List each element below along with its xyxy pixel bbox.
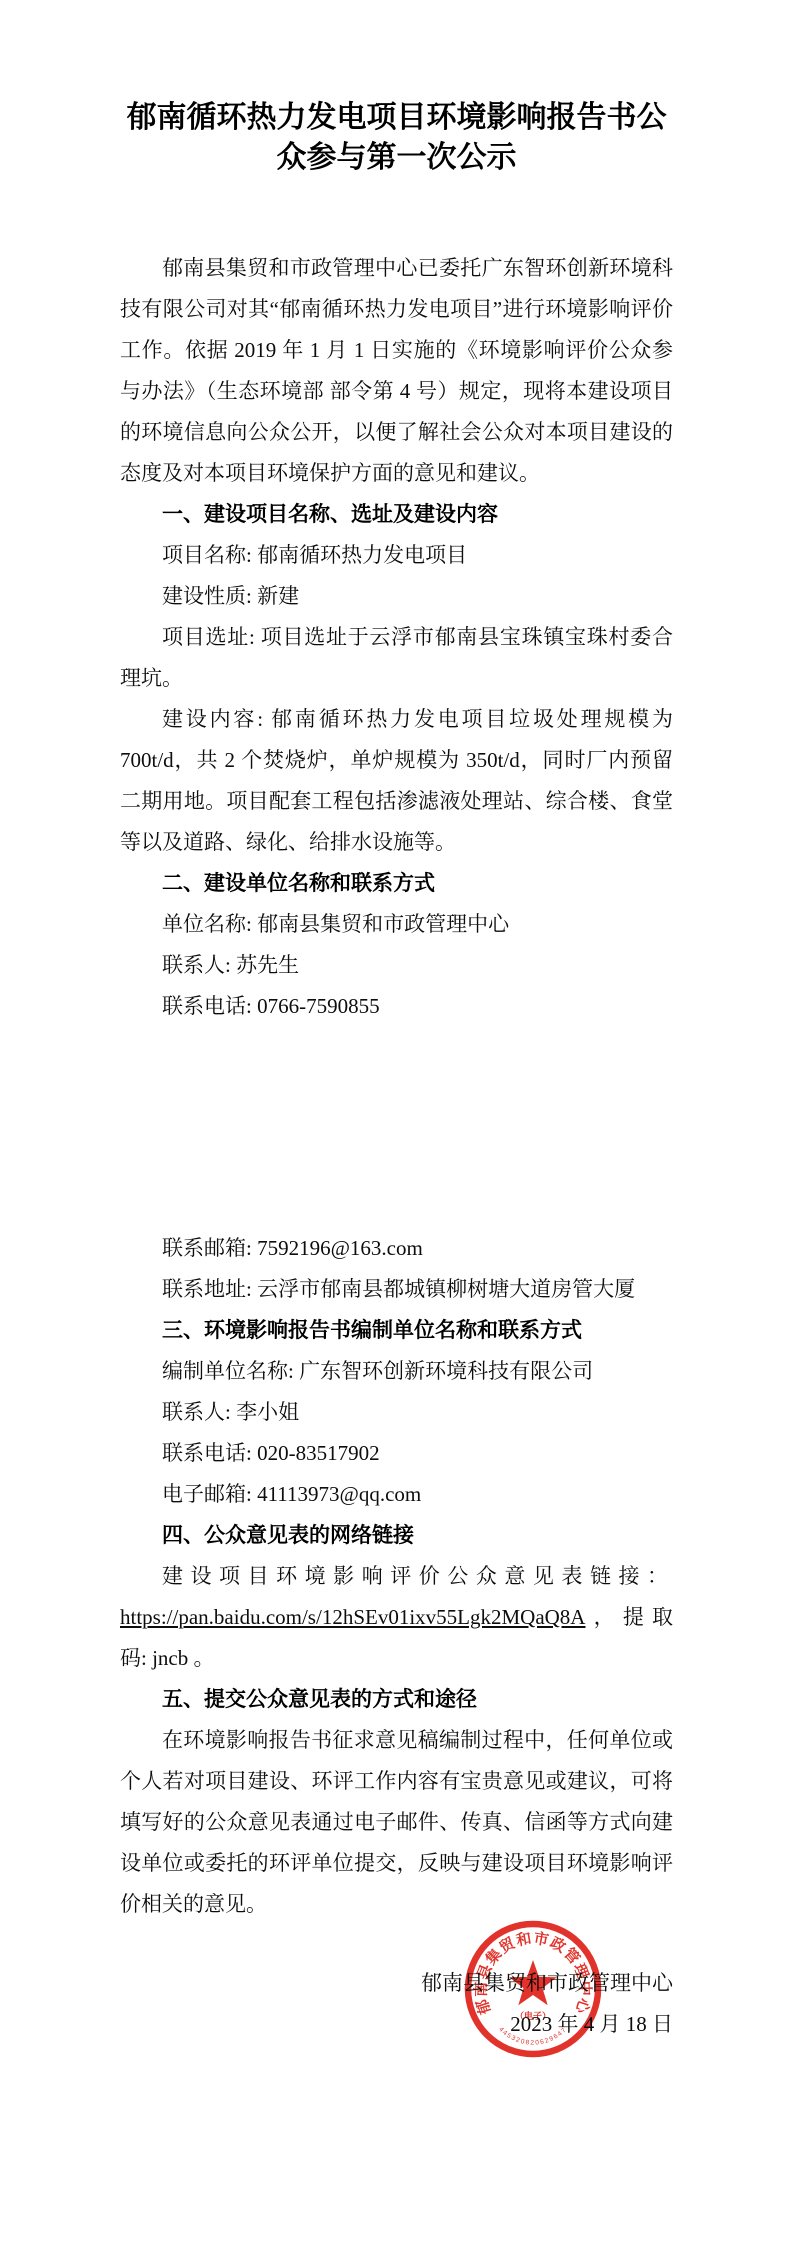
eia-contact-person-line: 联系人: 李小姐: [120, 1392, 673, 1433]
owner-phone-line: 联系电话: 0766-7590855: [120, 986, 673, 1027]
construction-nature-line: 建设性质: 新建: [120, 576, 673, 617]
opinion-form-link[interactable]: https://pan.baidu.com/s/12hSEv01ixv55Lgk…: [120, 1605, 585, 1629]
section-4-heading: 四、公众意见表的网络链接: [120, 1515, 673, 1556]
document-title: 郁南循环热力发电项目环境影响报告书公众参与第一次公示: [120, 98, 673, 178]
page-break-gap: [120, 1027, 673, 1228]
signature-date: 2023 年 4 月 18 日: [120, 2004, 673, 2045]
project-site-line: 项目选址: 项目选址于云浮市郁南县宝珠镇宝珠村委合理坑。: [120, 617, 673, 699]
owner-unit-name-line: 单位名称: 郁南县集贸和市政管理中心: [120, 904, 673, 945]
owner-address-line: 联系地址: 云浮市郁南县都城镇柳树塘大道房管大厦: [120, 1269, 673, 1310]
eia-unit-name-line: 编制单位名称: 广东智环创新环境科技有限公司: [120, 1351, 673, 1392]
link-suffix: ，提: [585, 1605, 652, 1629]
link-label: 建设项目环境影响评价公众意见表链接：: [162, 1564, 673, 1588]
signature-org: 郁南县集贸和市政管理中心: [120, 1963, 673, 2004]
opinion-form-link-paragraph: 建设项目环境影响评价公众意见表链接：https://pan.baidu.com/…: [120, 1556, 673, 1679]
signature-block: 郁南县集贸和市政管理中心 2023 年 4 月 18 日: [120, 1963, 673, 2045]
owner-email-line: 联系邮箱: 7592196@163.com: [120, 1228, 673, 1269]
owner-contact-person-line: 联系人: 苏先生: [120, 945, 673, 986]
section-3-heading: 三、环境影响报告书编制单位名称和联系方式: [120, 1310, 673, 1351]
submission-method-paragraph: 在环境影响报告书征求意见稿编制过程中，任何单位或个人若对项目建设、环评工作内容有…: [120, 1720, 673, 1925]
eia-phone-line: 联系电话: 020-83517902: [120, 1433, 673, 1474]
intro-paragraph: 郁南县集贸和市政管理中心已委托广东智环创新环境科技有限公司对其“郁南循环热力发电…: [120, 248, 673, 494]
document-page: 郁南循环热力发电项目环境影响报告书公众参与第一次公示 郁南县集贸和市政管理中心已…: [0, 0, 793, 2244]
project-name-line: 项目名称: 郁南循环热力发电项目: [120, 535, 673, 576]
section-5-heading: 五、提交公众意见表的方式和途径: [120, 1679, 673, 1720]
section-1-heading: 一、建设项目名称、选址及建设内容: [120, 494, 673, 535]
eia-email-line: 电子邮箱: 41113973@qq.com: [120, 1474, 673, 1515]
section-2-heading: 二、建设单位名称和联系方式: [120, 863, 673, 904]
construction-content-paragraph: 建设内容: 郁南循环热力发电项目垃圾处理规模为 700t/d，共 2 个焚烧炉，…: [120, 699, 673, 863]
